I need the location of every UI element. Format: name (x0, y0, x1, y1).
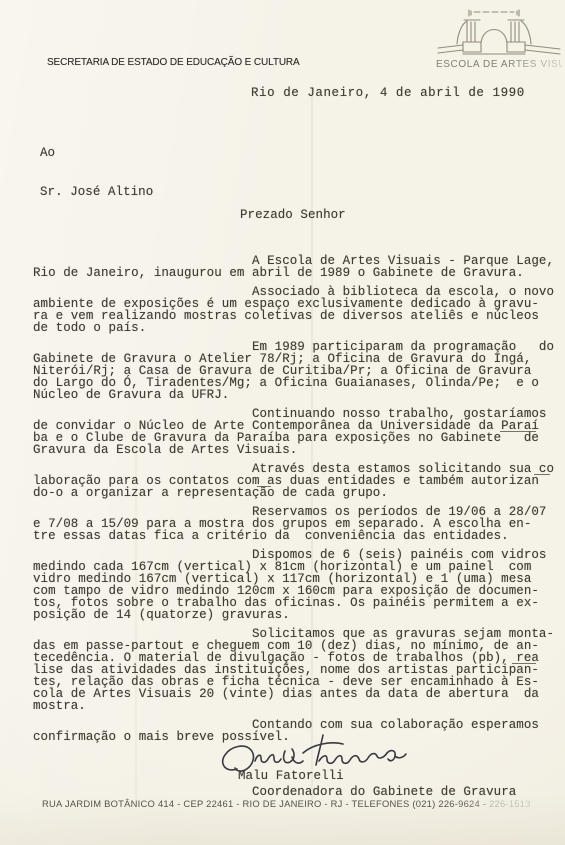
signature-title: Coordenadora do Gabinete de Gravura (252, 786, 516, 798)
signature-typed-name: Malu Fatorelli (238, 770, 344, 782)
scanned-letter-page: SECRETARIA DE ESTADO DE EDUCAÇÃO E CULTU… (0, 0, 565, 845)
salutation: Prezado Senhor (240, 209, 346, 221)
underline-mark (512, 663, 536, 664)
letter-body: A Escola de Artes Visuais - Parque Lage,… (33, 255, 554, 743)
recipient-name: Sr. José Altino (40, 186, 153, 199)
letterhead-org-name: SECRETARIA DE ESTADO DE EDUCAÇÃO E CULTU… (47, 57, 300, 68)
paragraph: Através desta estamos solicitando sua co… (33, 463, 554, 499)
recipient-block: Ao Sr. José Altino (40, 121, 153, 225)
school-logo: ESCOLA DE ARTES VISUAIS (436, 8, 562, 70)
paragraph: Solicitamos que as gravuras sejam monta-… (33, 628, 554, 712)
paragraph: Continuando nosso trabalho, gostaríamos … (33, 408, 554, 456)
paragraph: Associado à biblioteca da escola, o novo… (33, 286, 554, 334)
paragraph: Em 1989 participaram da programação do G… (33, 341, 554, 401)
underline-mark (257, 486, 271, 487)
recipient-line: Ao (40, 147, 153, 160)
logo-caption: ESCOLA DE ARTES VISUAIS (436, 59, 562, 70)
footer-address: RUA JARDIM BOTÂNICO 414 - CEP 22461 - RI… (42, 798, 531, 809)
date-line: Rio de Janeiro, 4 de abril de 1990 (251, 87, 525, 99)
underline-mark (534, 474, 550, 475)
paragraph: A Escola de Artes Visuais - Parque Lage,… (33, 255, 554, 279)
underline-mark (500, 431, 536, 432)
paragraph: Reservamos os períodos de 19/06 a 28/07 … (33, 506, 554, 542)
arch-gate-icon (436, 8, 562, 58)
footer-phone-tail: 226-1513 (489, 798, 531, 809)
paragraph: Dispomos de 6 (seis) painéis com vidros … (33, 549, 554, 621)
footer-address-main: RUA JARDIM BOTÂNICO 414 - CEP 22461 - RI… (42, 798, 489, 809)
